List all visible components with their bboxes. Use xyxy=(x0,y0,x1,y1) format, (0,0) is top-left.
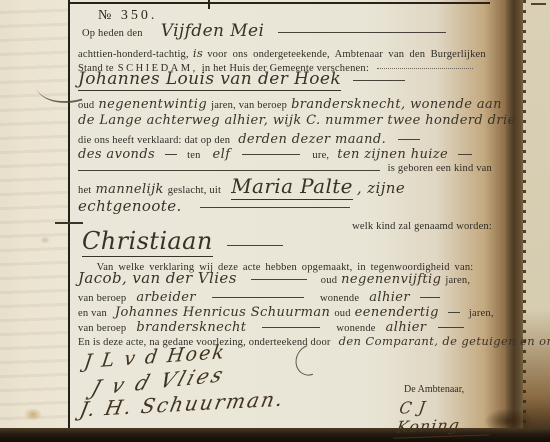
book-binding-gutter xyxy=(506,0,523,442)
printed-oud: oud xyxy=(78,100,94,111)
rule-dash xyxy=(448,312,460,313)
printed-op-heden-den: Op heden den xyxy=(82,28,143,39)
adjacent-page-margin xyxy=(0,0,69,442)
hand-at-his-house: ten zijnen huize xyxy=(337,147,448,162)
form-left-border xyxy=(68,0,70,442)
witness1-line: Jacob, van der Vlies oud negenenvijftig … xyxy=(78,269,492,288)
printed-jaren-van-beroep: jaren, van beroep xyxy=(211,100,287,111)
printed-ten: ten xyxy=(187,150,200,161)
born-line: is geboren een kind van xyxy=(78,163,492,174)
spouse-line: echtgenoote. xyxy=(78,197,492,216)
rule-dash xyxy=(165,154,177,155)
rule-dash xyxy=(242,154,300,155)
time-line: des avonds ten elf ure, ten zijnen huize xyxy=(78,145,492,163)
child-sex-line: het mannelijk geslacht, uit Maria Palte … xyxy=(78,174,492,198)
rule-dash xyxy=(398,139,420,140)
next-page-rule-fragment xyxy=(531,3,546,5)
hand-date: Vijfden Mei xyxy=(161,21,265,41)
hand-echtgenoote: echtgenoote. xyxy=(78,197,182,215)
signature-official: C J Koning xyxy=(393,395,495,439)
hand-sex: mannelijk xyxy=(95,182,163,197)
hand-declarant-age: negenentwintig xyxy=(98,97,207,112)
record-content: № 350. Op heden den Vijfden Mei achttien… xyxy=(78,0,492,442)
rule-dash xyxy=(78,170,380,171)
printed-is-geboren: is geboren een kind van xyxy=(388,163,492,174)
date-line: Op heden den Vijfden Mei xyxy=(82,21,496,41)
hand-hour: elf xyxy=(213,147,231,162)
paper-stain xyxy=(40,236,50,244)
declarant-address-line: de Lange achterweg alhier, wijk C. numme… xyxy=(78,111,492,129)
rule-dash xyxy=(278,32,446,33)
printed-geslacht-uit: geslacht, uit xyxy=(168,185,221,196)
witness1-name: Jacob, van der Vlies xyxy=(78,269,237,287)
rule-dash xyxy=(420,297,440,298)
rule-dash xyxy=(251,279,307,280)
official-title: De Ambtenaar, xyxy=(404,384,464,395)
next-page-edge xyxy=(523,0,550,442)
rule-dash xyxy=(200,207,350,208)
hand-zijne: , zijne xyxy=(357,179,405,197)
hand-declarant-profession: brandersknecht, wonende aan xyxy=(291,97,502,112)
rule-dash xyxy=(212,297,304,298)
printed-oud-w1: oud xyxy=(321,275,337,286)
declarant-name-line: Johannes Louis van der Hoek xyxy=(78,69,492,89)
hand-declarant-address: de Lange achterweg alhier, wijk C. numme… xyxy=(78,113,516,128)
rule-dash xyxy=(262,327,320,328)
rule-dash xyxy=(458,154,472,155)
declarant-name: Johannes Louis van der Hoek xyxy=(78,69,341,91)
rule-dash xyxy=(227,245,283,246)
child-name-line: Christiaan xyxy=(82,227,496,255)
printed-jaren-w1: jaren, xyxy=(445,275,470,286)
rule-dash xyxy=(353,80,405,81)
rule-dash xyxy=(438,327,464,328)
hand-des-avonds: des avonds xyxy=(78,147,155,162)
paper-stain xyxy=(24,408,42,421)
birth-record-scan: № 350. Op heden den Vijfden Mei achttien… xyxy=(0,0,550,442)
child-name: Christiaan xyxy=(82,227,213,257)
hand-closing: den Comparant, de getuigen en ons xyxy=(339,334,550,348)
witness1-age: negenenvijftig xyxy=(341,272,441,287)
printed-ure: ure, xyxy=(312,150,329,161)
printed-het: het xyxy=(78,185,91,196)
